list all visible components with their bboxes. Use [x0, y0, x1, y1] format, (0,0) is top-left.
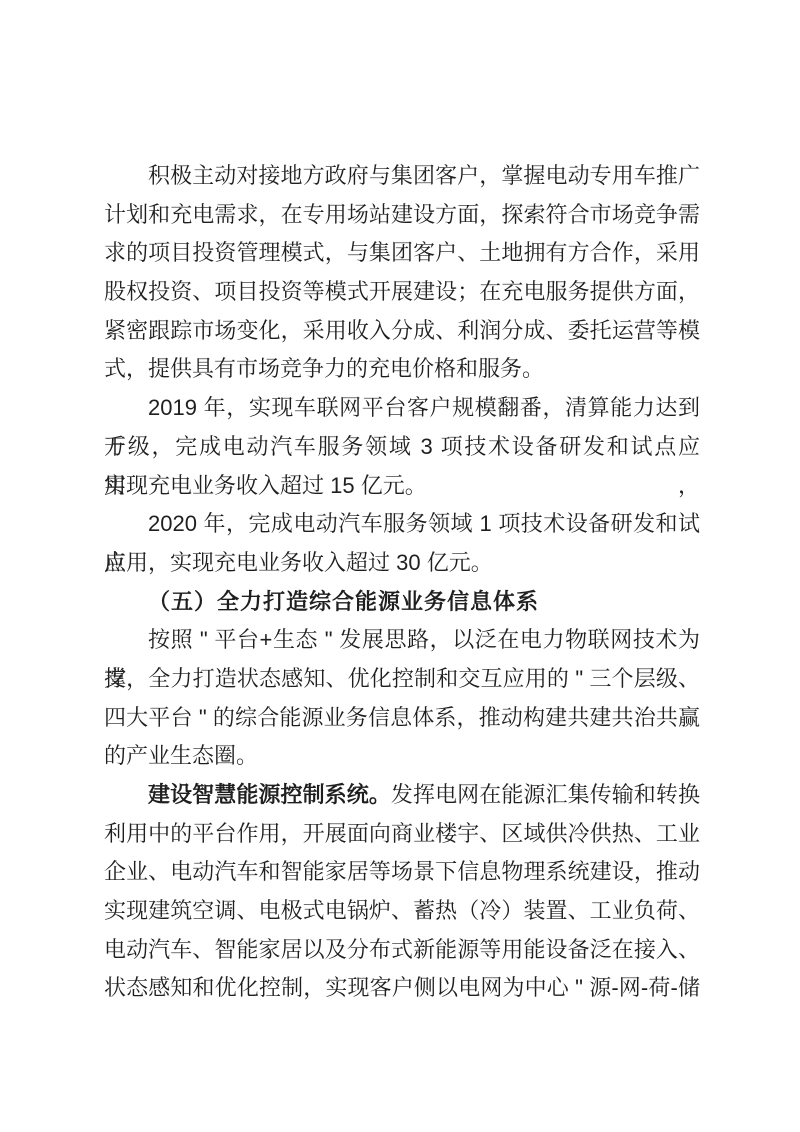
text-line: 利用中的平台作用，开展面向商业楼宇、区域供冷供热、工业	[104, 815, 700, 854]
text-line: 应用，实现充电业务收入超过 30 亿元。	[104, 544, 700, 583]
text-line: 状态感知和优化控制，实现客户侧以电网为中心 " 源-网-荷-储	[104, 969, 700, 1008]
para-charging-business: 积极主动对接地方政府与集团客户，掌握电动专用车推广计划和充电需求，在专用场站建设…	[104, 157, 700, 389]
text-line: 撑，全力打造状态感知、优化控制和交互应用的 " 三个层级、	[104, 660, 700, 699]
document-body: 积极主动对接地方政府与集团客户，掌握电动专用车推广计划和充电需求，在专用场站建设…	[104, 157, 700, 1008]
document-page: 积极主动对接地方政府与集团客户，掌握电动专用车推广计划和充电需求，在专用场站建设…	[0, 0, 800, 1132]
text-run: 发挥电网在能源汇集传输和转换	[391, 782, 700, 807]
text-line: 的产业生态圈。	[104, 737, 700, 776]
text-line: 式，提供具有市场竞争力的充电价格和服务。	[104, 350, 700, 389]
bold-text-run: 建设智慧能源控制系统。	[148, 782, 391, 807]
para-smart-energy-control: 建设智慧能源控制系统。发挥电网在能源汇集传输和转换利用中的平台作用，开展面向商业…	[104, 776, 700, 1008]
text-line: 紧密跟踪市场变化，采用收入分成、利润分成、委托运营等模	[104, 312, 700, 351]
text-line: 计划和充电需求，在专用场站建设方面，探索符合市场竞争需	[104, 196, 700, 235]
text-line: 企业、电动汽车和智能家居等场景下信息物理系统建设，推动	[104, 853, 700, 892]
para-2019-goals: 2019 年，实现车联网平台客户规模翻番，清算能力达到千万级，完成电动汽车服务领…	[104, 389, 700, 505]
text-line: 2020 年，完成电动汽车服务领域 1 项技术设备研发和试点	[104, 505, 700, 544]
para-2020-goals: 2020 年，完成电动汽车服务领域 1 项技术设备研发和试点应用，实现充电业务收…	[104, 505, 700, 582]
text-line: （五）全力打造综合能源业务信息体系	[104, 583, 700, 622]
text-line: 求的项目投资管理模式，与集团客户、土地拥有方合作，采用	[104, 234, 700, 273]
section-heading: （五）全力打造综合能源业务信息体系	[104, 583, 700, 622]
text-line: 电动汽车、智能家居以及分布式新能源等用能设备泛在接入、	[104, 931, 700, 970]
text-line: 四大平台 " 的综合能源业务信息体系，推动构建共建共治共赢	[104, 699, 700, 738]
text-line: 按照 " 平台+生态 " 发展思路，以泛在电力物联网技术为支	[104, 621, 700, 660]
text-line: 实现建筑空调、电极式电锅炉、蓄热（冷）装置、工业负荷、	[104, 892, 700, 931]
text-line: 万级，完成电动汽车服务领域 3 项技术设备研发和试点应用，	[104, 428, 700, 467]
text-line: 2019 年，实现车联网平台客户规模翻番，清算能力达到千	[104, 389, 700, 428]
text-line: 股权投资、项目投资等模式开展建设；在充电服务提供方面，	[104, 273, 700, 312]
text-line: 积极主动对接地方政府与集团客户，掌握电动专用车推广	[104, 157, 700, 196]
text-line: 建设智慧能源控制系统。发挥电网在能源汇集传输和转换	[104, 776, 700, 815]
para-platform-ecosystem: 按照 " 平台+生态 " 发展思路，以泛在电力物联网技术为支撑，全力打造状态感知…	[104, 621, 700, 776]
